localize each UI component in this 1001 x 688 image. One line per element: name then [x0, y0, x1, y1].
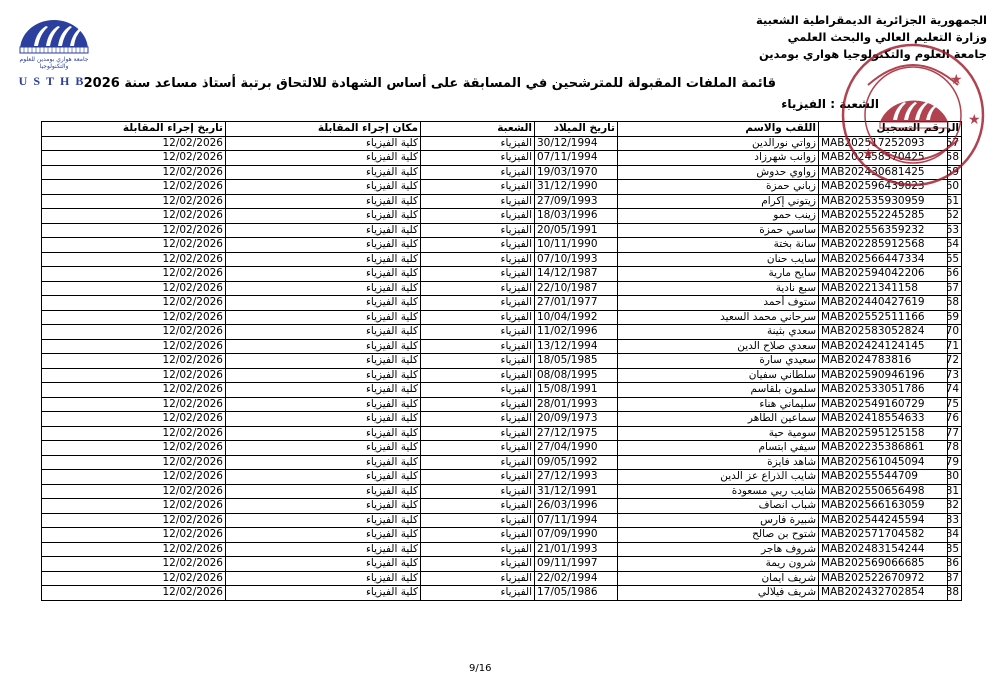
- specialty-separator: :: [830, 97, 835, 111]
- candidate-name: سعيدي سارة: [618, 354, 819, 369]
- university-logo: جامعة هواري بومدين للعلوم والتكنولوجيا U…: [14, 16, 94, 90]
- candidate-name: زباني حمزة: [618, 180, 819, 195]
- interview-place: كلية الفيزياء: [226, 165, 421, 180]
- interview-date: 12/02/2026: [42, 513, 226, 528]
- registration-number: MAB202550656498: [819, 484, 948, 499]
- registration-number: MAB202235386861: [819, 441, 948, 456]
- specialty: الفيزياء: [421, 180, 535, 195]
- birth-date: 27/01/1977: [535, 296, 618, 311]
- specialty: الفيزياء: [421, 281, 535, 296]
- document-title: قائمة الملفات المقبولة للمترشحين في المس…: [228, 76, 776, 91]
- table-row: 285MAB202483154244شروف هاجر21/01/1993الف…: [42, 542, 962, 557]
- row-number: 257: [948, 136, 962, 151]
- specialty: الفيزياء: [421, 383, 535, 398]
- specialty: الفيزياء: [421, 252, 535, 267]
- birth-date: 15/08/1991: [535, 383, 618, 398]
- table-row: 266MAB202594042206سايح مارية14/12/1987ال…: [42, 267, 962, 282]
- candidate-name: ستوف أحمد: [618, 296, 819, 311]
- registration-number: MAB202552511166: [819, 310, 948, 325]
- birth-date: 26/03/1996: [535, 499, 618, 514]
- row-number: 274: [948, 383, 962, 398]
- table-row: 272MAB2024783816سعيدي سارة18/05/1985الفي…: [42, 354, 962, 369]
- table-row: 271MAB202424124145سعدي صلاح الدين13/12/1…: [42, 339, 962, 354]
- table-row: 259MAB202430681425زواوي حدوش19/03/1970ال…: [42, 165, 962, 180]
- interview-place: كلية الفيزياء: [226, 484, 421, 499]
- table-row: 281MAB202550656498شايب ربي مسعودة31/12/1…: [42, 484, 962, 499]
- row-number: 288: [948, 586, 962, 601]
- registration-number: MAB20255544709: [819, 470, 948, 485]
- interview-date: 12/02/2026: [42, 528, 226, 543]
- specialty: الفيزياء: [421, 557, 535, 572]
- specialty: الفيزياء: [421, 325, 535, 340]
- specialty: الفيزياء: [421, 586, 535, 601]
- registration-number: MAB202430681425: [819, 165, 948, 180]
- candidate-name: شريف ايمان: [618, 571, 819, 586]
- candidate-name: زواتي نورالدين: [618, 136, 819, 151]
- registration-number: MAB2024783816: [819, 354, 948, 369]
- candidate-name: سعدي صلاح الدين: [618, 339, 819, 354]
- table-row: 284MAB202571704582شتوح بن صالح07/09/1990…: [42, 528, 962, 543]
- interview-date: 12/02/2026: [42, 354, 226, 369]
- birth-date: 07/11/1994: [535, 513, 618, 528]
- birth-date: 20/05/1991: [535, 223, 618, 238]
- interview-date: 12/02/2026: [42, 252, 226, 267]
- row-number: 285: [948, 542, 962, 557]
- row-number: 273: [948, 368, 962, 383]
- interview-place: كلية الفيزياء: [226, 339, 421, 354]
- row-number: 262: [948, 209, 962, 224]
- row-number: 278: [948, 441, 962, 456]
- specialty: الفيزياء: [421, 455, 535, 470]
- row-number: 283: [948, 513, 962, 528]
- usthb-emblem-icon: [14, 16, 94, 56]
- interview-date: 12/02/2026: [42, 194, 226, 209]
- svg-text:★: ★: [950, 72, 963, 88]
- interview-place: كلية الفيزياء: [226, 296, 421, 311]
- interview-place: كلية الفيزياء: [226, 310, 421, 325]
- specialty: الفيزياء: [421, 412, 535, 427]
- registration-number: MAB202535930959: [819, 194, 948, 209]
- header-specialty: الشعبة: [421, 122, 535, 137]
- specialty-value: الفيزياء: [781, 97, 826, 111]
- row-number: 279: [948, 455, 962, 470]
- interview-date: 12/02/2026: [42, 542, 226, 557]
- header-birthdate: تاريخ الميلاد: [535, 122, 618, 137]
- row-number: 260: [948, 180, 962, 195]
- row-number: 267: [948, 281, 962, 296]
- interview-place: كلية الفيزياء: [226, 194, 421, 209]
- table-row: 261MAB202535930959زيتوني إكرام27/09/1993…: [42, 194, 962, 209]
- registration-number: MAB202517252093: [819, 136, 948, 151]
- candidate-name: سرحاني محمد السعيد: [618, 310, 819, 325]
- interview-place: كلية الفيزياء: [226, 397, 421, 412]
- registration-number: MAB202596439823: [819, 180, 948, 195]
- header-num: الرقم: [948, 122, 962, 137]
- interview-date: 12/02/2026: [42, 484, 226, 499]
- row-number: 276: [948, 412, 962, 427]
- candidate-name: شبيرة فارس: [618, 513, 819, 528]
- interview-place: كلية الفيزياء: [226, 513, 421, 528]
- svg-text:★: ★: [968, 112, 981, 128]
- registration-number: MAB202440427619: [819, 296, 948, 311]
- specialty: الفيزياء: [421, 296, 535, 311]
- interview-place: كلية الفيزياء: [226, 136, 421, 151]
- birth-date: 18/03/1996: [535, 209, 618, 224]
- candidate-name: سايح مارية: [618, 267, 819, 282]
- birth-date: 10/11/1990: [535, 238, 618, 253]
- birth-date: 19/03/1970: [535, 165, 618, 180]
- interview-place: كلية الفيزياء: [226, 368, 421, 383]
- specialty: الفيزياء: [421, 136, 535, 151]
- candidate-name: شاهد فايزة: [618, 455, 819, 470]
- registration-number: MAB202566447334: [819, 252, 948, 267]
- table-row: 276MAB202418554633سماعين الطاهر20/09/197…: [42, 412, 962, 427]
- interview-date: 12/02/2026: [42, 180, 226, 195]
- interview-place: كلية الفيزياء: [226, 281, 421, 296]
- row-number: 284: [948, 528, 962, 543]
- interview-date: 12/02/2026: [42, 223, 226, 238]
- interview-place: كلية الفيزياء: [226, 325, 421, 340]
- table-row: 273MAB202590946196سلطاني سفيان08/08/1995…: [42, 368, 962, 383]
- registration-number: MAB202595125158: [819, 426, 948, 441]
- candidate-name: شايب ربي مسعودة: [618, 484, 819, 499]
- row-number: 264: [948, 238, 962, 253]
- birth-date: 08/08/1995: [535, 368, 618, 383]
- birth-date: 14/12/1987: [535, 267, 618, 282]
- specialty: الفيزياء: [421, 354, 535, 369]
- interview-date: 12/02/2026: [42, 455, 226, 470]
- specialty: الفيزياء: [421, 267, 535, 282]
- registration-number: MAB202418554633: [819, 412, 948, 427]
- birth-date: 22/02/1994: [535, 571, 618, 586]
- birth-date: 09/11/1997: [535, 557, 618, 572]
- interview-date: 12/02/2026: [42, 557, 226, 572]
- interview-place: كلية الفيزياء: [226, 499, 421, 514]
- interview-date: 12/02/2026: [42, 571, 226, 586]
- candidate-name: سبع نادية: [618, 281, 819, 296]
- registration-number: MAB202533051786: [819, 383, 948, 398]
- row-number: 281: [948, 484, 962, 499]
- specialty: الفيزياء: [421, 339, 535, 354]
- row-number: 259: [948, 165, 962, 180]
- registration-number: MAB202566163059: [819, 499, 948, 514]
- candidate-name: سلطاني سفيان: [618, 368, 819, 383]
- interview-date: 12/02/2026: [42, 267, 226, 282]
- birth-date: 27/04/1990: [535, 441, 618, 456]
- row-number: 263: [948, 223, 962, 238]
- specialty: الفيزياء: [421, 238, 535, 253]
- candidate-name: شباب انصاف: [618, 499, 819, 514]
- header-registration: رقم التسجيل: [819, 122, 948, 137]
- table-row: 257MAB202517252093زواتي نورالدين30/12/19…: [42, 136, 962, 151]
- birth-date: 22/10/1987: [535, 281, 618, 296]
- registration-number: MAB20221341158: [819, 281, 948, 296]
- birth-date: 27/09/1993: [535, 194, 618, 209]
- registration-number: MAB202552245285: [819, 209, 948, 224]
- header-republic: الجمهورية الجزائرية الديمقراطية الشعبية: [687, 12, 987, 29]
- page-number: 9/16: [469, 663, 491, 674]
- interview-place: كلية الفيزياء: [226, 586, 421, 601]
- table-row: 265MAB202566447334سايب حنان07/10/1993الف…: [42, 252, 962, 267]
- row-number: 275: [948, 397, 962, 412]
- candidates-table: الرقم رقم التسجيل اللقب والاسم تاريخ الم…: [41, 121, 962, 601]
- birth-date: 07/10/1993: [535, 252, 618, 267]
- header-interview-place: مكان إجراء المقابلة: [226, 122, 421, 137]
- specialty: الفيزياء: [421, 165, 535, 180]
- interview-place: كلية الفيزياء: [226, 354, 421, 369]
- specialty: الفيزياء: [421, 484, 535, 499]
- specialty: الفيزياء: [421, 209, 535, 224]
- birth-date: 07/11/1994: [535, 151, 618, 166]
- specialty: الفيزياء: [421, 470, 535, 485]
- specialty: الفيزياء: [421, 528, 535, 543]
- interview-date: 12/02/2026: [42, 296, 226, 311]
- specialty: الفيزياء: [421, 513, 535, 528]
- interview-date: 12/02/2026: [42, 383, 226, 398]
- interview-date: 12/02/2026: [42, 426, 226, 441]
- interview-place: كلية الفيزياء: [226, 223, 421, 238]
- registration-number: MAB202544245594: [819, 513, 948, 528]
- row-number: 258: [948, 151, 962, 166]
- candidate-name: زيتوني إكرام: [618, 194, 819, 209]
- specialty: الفيزياء: [421, 441, 535, 456]
- registration-number: MAB202522670972: [819, 571, 948, 586]
- candidate-name: ساسي حمزة: [618, 223, 819, 238]
- table-row: 263MAB202556359232ساسي حمزة20/05/1991الف…: [42, 223, 962, 238]
- registration-number: MAB202556359232: [819, 223, 948, 238]
- interview-place: كلية الفيزياء: [226, 557, 421, 572]
- candidate-name: سلمون بلقاسم: [618, 383, 819, 398]
- logo-abbreviation: USTHB: [14, 74, 94, 89]
- interview-date: 12/02/2026: [42, 310, 226, 325]
- birth-date: 11/02/1996: [535, 325, 618, 340]
- interview-place: كلية الفيزياء: [226, 441, 421, 456]
- interview-date: 12/02/2026: [42, 165, 226, 180]
- interview-date: 12/02/2026: [42, 470, 226, 485]
- row-number: 271: [948, 339, 962, 354]
- candidate-name: شايب الذراع عز الدين: [618, 470, 819, 485]
- birth-date: 21/01/1993: [535, 542, 618, 557]
- birth-date: 17/05/1986: [535, 586, 618, 601]
- interview-date: 12/02/2026: [42, 441, 226, 456]
- table-row: 275MAB202549160729سليماني هناء28/01/1993…: [42, 397, 962, 412]
- birth-date: 20/09/1973: [535, 412, 618, 427]
- interview-date: 12/02/2026: [42, 151, 226, 166]
- table-row: 280MAB20255544709شايب الذراع عز الدين27/…: [42, 470, 962, 485]
- birth-date: 30/12/1994: [535, 136, 618, 151]
- interview-place: كلية الفيزياء: [226, 180, 421, 195]
- registration-number: MAB202571704582: [819, 528, 948, 543]
- birth-date: 27/12/1975: [535, 426, 618, 441]
- row-number: 261: [948, 194, 962, 209]
- table-row: 286MAB202569066685شرون ريمة09/11/1997الف…: [42, 557, 962, 572]
- official-header: الجمهورية الجزائرية الديمقراطية الشعبية …: [687, 12, 987, 63]
- interview-date: 12/02/2026: [42, 325, 226, 340]
- table-row: 287MAB202522670972شريف ايمان22/02/1994ال…: [42, 571, 962, 586]
- candidate-name: شرون ريمة: [618, 557, 819, 572]
- table-row: 264MAB202285912568سانة بختة10/11/1990الف…: [42, 238, 962, 253]
- table-row: 283MAB202544245594شبيرة فارس07/11/1994ال…: [42, 513, 962, 528]
- row-number: 266: [948, 267, 962, 282]
- row-number: 287: [948, 571, 962, 586]
- birth-date: 07/09/1990: [535, 528, 618, 543]
- candidate-name: شتوح بن صالح: [618, 528, 819, 543]
- registration-number: MAB202590946196: [819, 368, 948, 383]
- row-number: 265: [948, 252, 962, 267]
- candidate-name: زينب حمو: [618, 209, 819, 224]
- table-header-row: الرقم رقم التسجيل اللقب والاسم تاريخ الم…: [42, 122, 962, 137]
- specialty: الفيزياء: [421, 194, 535, 209]
- interview-date: 12/02/2026: [42, 136, 226, 151]
- registration-number: MAB202569066685: [819, 557, 948, 572]
- interview-place: كلية الفيزياء: [226, 151, 421, 166]
- specialty: الفيزياء: [421, 310, 535, 325]
- candidate-name: سماعين الطاهر: [618, 412, 819, 427]
- table-row: 269MAB202552511166سرحاني محمد السعيد10/0…: [42, 310, 962, 325]
- candidate-name: سومية حية: [618, 426, 819, 441]
- interview-place: كلية الفيزياء: [226, 252, 421, 267]
- birth-date: 09/05/1992: [535, 455, 618, 470]
- table-row: 274MAB202533051786سلمون بلقاسم15/08/1991…: [42, 383, 962, 398]
- interview-date: 12/02/2026: [42, 339, 226, 354]
- interview-place: كلية الفيزياء: [226, 455, 421, 470]
- interview-place: كلية الفيزياء: [226, 571, 421, 586]
- interview-place: كلية الفيزياء: [226, 426, 421, 441]
- registration-number: MAB202583052824: [819, 325, 948, 340]
- candidate-name: زوانب شهرزاد: [618, 151, 819, 166]
- birth-date: 10/04/1992: [535, 310, 618, 325]
- header-name: اللقب والاسم: [618, 122, 819, 137]
- birth-date: 27/12/1993: [535, 470, 618, 485]
- specialty-label: الشعبة: [839, 97, 879, 111]
- table-row: 262MAB202552245285زينب حمو18/03/1996الفي…: [42, 209, 962, 224]
- table-row: 260MAB202596439823زباني حمزة31/12/1990ال…: [42, 180, 962, 195]
- interview-date: 12/02/2026: [42, 368, 226, 383]
- interview-date: 12/02/2026: [42, 209, 226, 224]
- specialty: الفيزياء: [421, 499, 535, 514]
- row-number: 277: [948, 426, 962, 441]
- table-row: 277MAB202595125158سومية حية27/12/1975الف…: [42, 426, 962, 441]
- row-number: 280: [948, 470, 962, 485]
- row-number: 269: [948, 310, 962, 325]
- registration-number: MAB202594042206: [819, 267, 948, 282]
- specialty: الفيزياء: [421, 571, 535, 586]
- table-row: 258MAB202458570425زوانب شهرزاد07/11/1994…: [42, 151, 962, 166]
- candidate-name: سعدي بثينة: [618, 325, 819, 340]
- specialty: الفيزياء: [421, 151, 535, 166]
- table-row: 282MAB202566163059شباب انصاف26/03/1996ال…: [42, 499, 962, 514]
- registration-number: MAB202549160729: [819, 397, 948, 412]
- interview-place: كلية الفيزياء: [226, 542, 421, 557]
- candidate-name: سليماني هناء: [618, 397, 819, 412]
- specialty: الفيزياء: [421, 368, 535, 383]
- row-number: 272: [948, 354, 962, 369]
- header-ministry: وزارة التعليم العالي والبحث العلمي: [687, 29, 987, 46]
- row-number: 270: [948, 325, 962, 340]
- interview-place: كلية الفيزياء: [226, 528, 421, 543]
- logo-arabic-name: جامعة هواري بومدين للعلوم والتكنولوجيا: [14, 56, 94, 70]
- interview-place: كلية الفيزياء: [226, 238, 421, 253]
- interview-place: كلية الفيزياء: [226, 267, 421, 282]
- interview-place: كلية الفيزياء: [226, 412, 421, 427]
- registration-number: MAB202424124145: [819, 339, 948, 354]
- interview-date: 12/02/2026: [42, 281, 226, 296]
- header-interview-date: تاريخ إجراء المقابلة: [42, 122, 226, 137]
- table-row: 279MAB202561045094شاهد فايزة09/05/1992ال…: [42, 455, 962, 470]
- registration-number: MAB202561045094: [819, 455, 948, 470]
- birth-date: 18/05/1985: [535, 354, 618, 369]
- candidate-name: شروف هاجر: [618, 542, 819, 557]
- birth-date: 31/12/1990: [535, 180, 618, 195]
- registration-number: MAB202285912568: [819, 238, 948, 253]
- interview-date: 12/02/2026: [42, 499, 226, 514]
- interview-place: كلية الفيزياء: [226, 383, 421, 398]
- candidate-name: سايب حنان: [618, 252, 819, 267]
- interview-date: 12/02/2026: [42, 586, 226, 601]
- table-row: 288MAB202432702854شريف فيلالي17/05/1986ا…: [42, 586, 962, 601]
- specialty: الفيزياء: [421, 397, 535, 412]
- header-university: جامعة العلوم والتكنولوجيا هواري بومدين: [687, 46, 987, 63]
- table-row: 267MAB20221341158سبع نادية22/10/1987الفي…: [42, 281, 962, 296]
- candidate-name: سيفي ابتسام: [618, 441, 819, 456]
- table-row: 278MAB202235386861سيفي ابتسام27/04/1990ا…: [42, 441, 962, 456]
- row-number: 286: [948, 557, 962, 572]
- table-row: 270MAB202583052824سعدي بثينة11/02/1996ال…: [42, 325, 962, 340]
- birth-date: 13/12/1994: [535, 339, 618, 354]
- interview-date: 12/02/2026: [42, 397, 226, 412]
- candidate-name: شريف فيلالي: [618, 586, 819, 601]
- registration-number: MAB202458570425: [819, 151, 948, 166]
- interview-place: كلية الفيزياء: [226, 209, 421, 224]
- table-row: 268MAB202440427619ستوف أحمد27/01/1977الف…: [42, 296, 962, 311]
- row-number: 268: [948, 296, 962, 311]
- row-number: 282: [948, 499, 962, 514]
- specialty: الفيزياء: [421, 426, 535, 441]
- registration-number: MAB202432702854: [819, 586, 948, 601]
- interview-place: كلية الفيزياء: [226, 470, 421, 485]
- specialty: الفيزياء: [421, 542, 535, 557]
- specialty: الفيزياء: [421, 223, 535, 238]
- birth-date: 28/01/1993: [535, 397, 618, 412]
- candidate-name: سانة بختة: [618, 238, 819, 253]
- interview-date: 12/02/2026: [42, 238, 226, 253]
- specialty-line: الشعبة : الفيزياء: [781, 97, 879, 111]
- candidate-name: زواوي حدوش: [618, 165, 819, 180]
- table-body: 257MAB202517252093زواتي نورالدين30/12/19…: [42, 136, 962, 600]
- registration-number: MAB202483154244: [819, 542, 948, 557]
- interview-date: 12/02/2026: [42, 412, 226, 427]
- birth-date: 31/12/1991: [535, 484, 618, 499]
